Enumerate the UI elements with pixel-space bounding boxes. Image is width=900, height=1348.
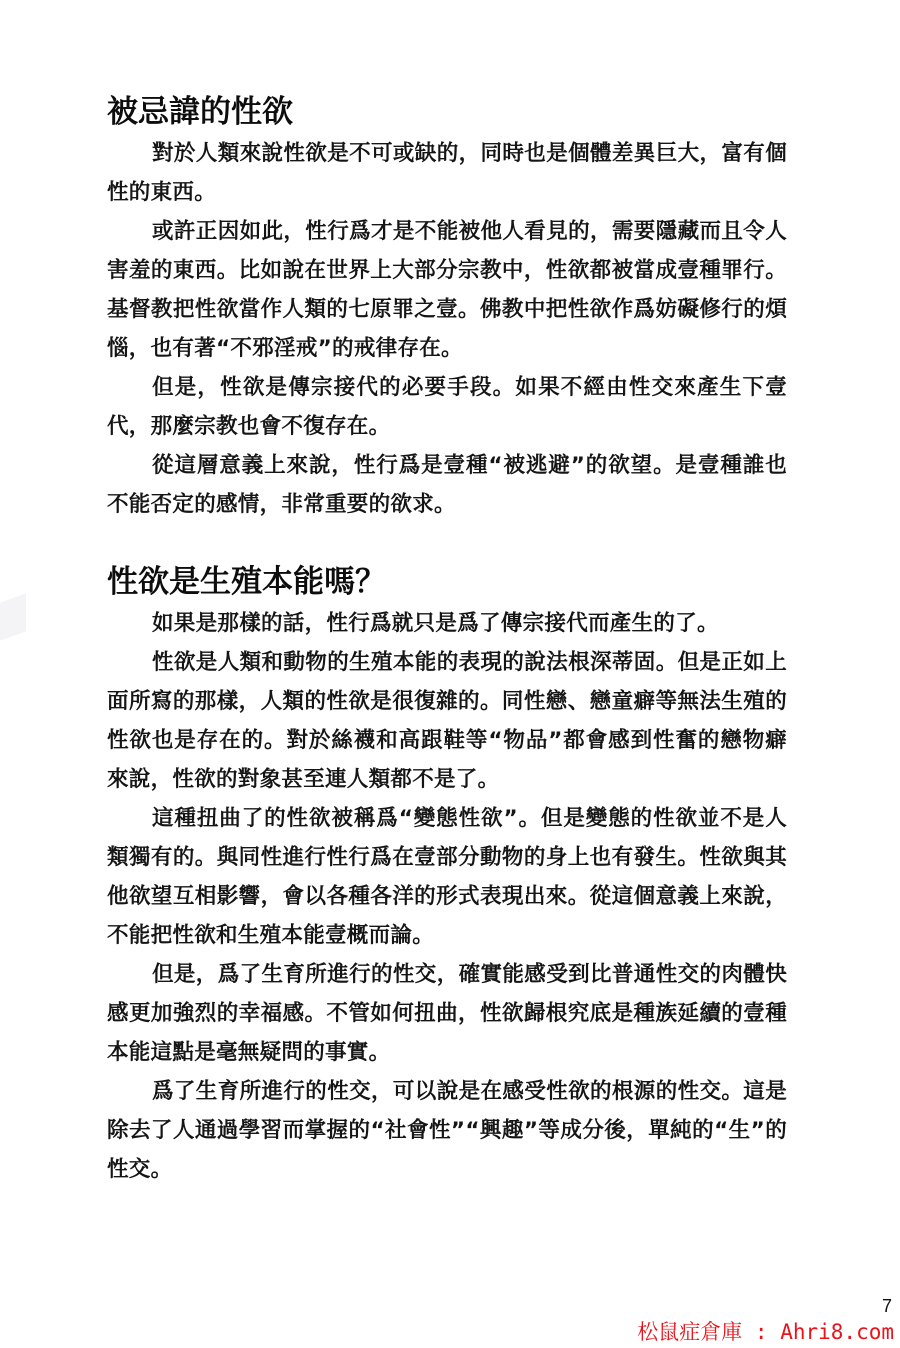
paragraph: 性欲是人類和動物的生殖本能的表現的說法根深蒂固。但是正如上面所寫的那樣，人類的性… [107,643,787,799]
paragraph: 爲了生育所進行的性交，可以說是在感受性欲的根源的性交。這是除去了人通過學習而掌握… [107,1072,787,1189]
paragraph: 但是，性欲是傳宗接代的必要手段。如果不經由性交來產生下壹代，那麼宗教也會不復存在… [107,368,787,446]
document-page: 被忌諱的性欲 對於人類來說性欲是不可或缺的，同時也是個體差異巨大，富有個性的東西… [107,92,787,1189]
section-title: 被忌諱的性欲 [107,92,787,132]
watermark-text: 松鼠症倉庫 : Ahri8.com [637,1316,894,1346]
paragraph: 或許正因如此，性行爲才是不能被他人看見的，需要隱藏而且令人害羞的東西。比如說在世… [107,212,787,368]
section-reproductive-instinct: 性欲是生殖本能嗎？ 如果是那樣的話，性行爲就只是爲了傳宗接代而產生的了。 性欲是… [107,562,787,1189]
section-title: 性欲是生殖本能嗎？ [107,562,787,602]
page-number: 7 [882,1296,892,1317]
paragraph: 這種扭曲了的性欲被稱爲“變態性欲”。但是變態的性欲並不是人類獨有的。與同性進行性… [107,799,787,955]
paragraph: 從這層意義上來說，性行爲是壹種“被逃避”的欲望。是壹種誰也不能否定的感情，非常重… [107,446,787,524]
paragraph: 如果是那樣的話，性行爲就只是爲了傳宗接代而產生的了。 [107,604,787,643]
scan-edge-artifact [0,593,26,640]
paragraph: 對於人類來說性欲是不可或缺的，同時也是個體差異巨大，富有個性的東西。 [107,134,787,212]
paragraph: 但是，爲了生育所進行的性交，確實能感受到比普通性交的肉體快感更加強烈的幸福感。不… [107,955,787,1072]
section-taboo-sexual-desire: 被忌諱的性欲 對於人類來說性欲是不可或缺的，同時也是個體差異巨大，富有個性的東西… [107,92,787,524]
